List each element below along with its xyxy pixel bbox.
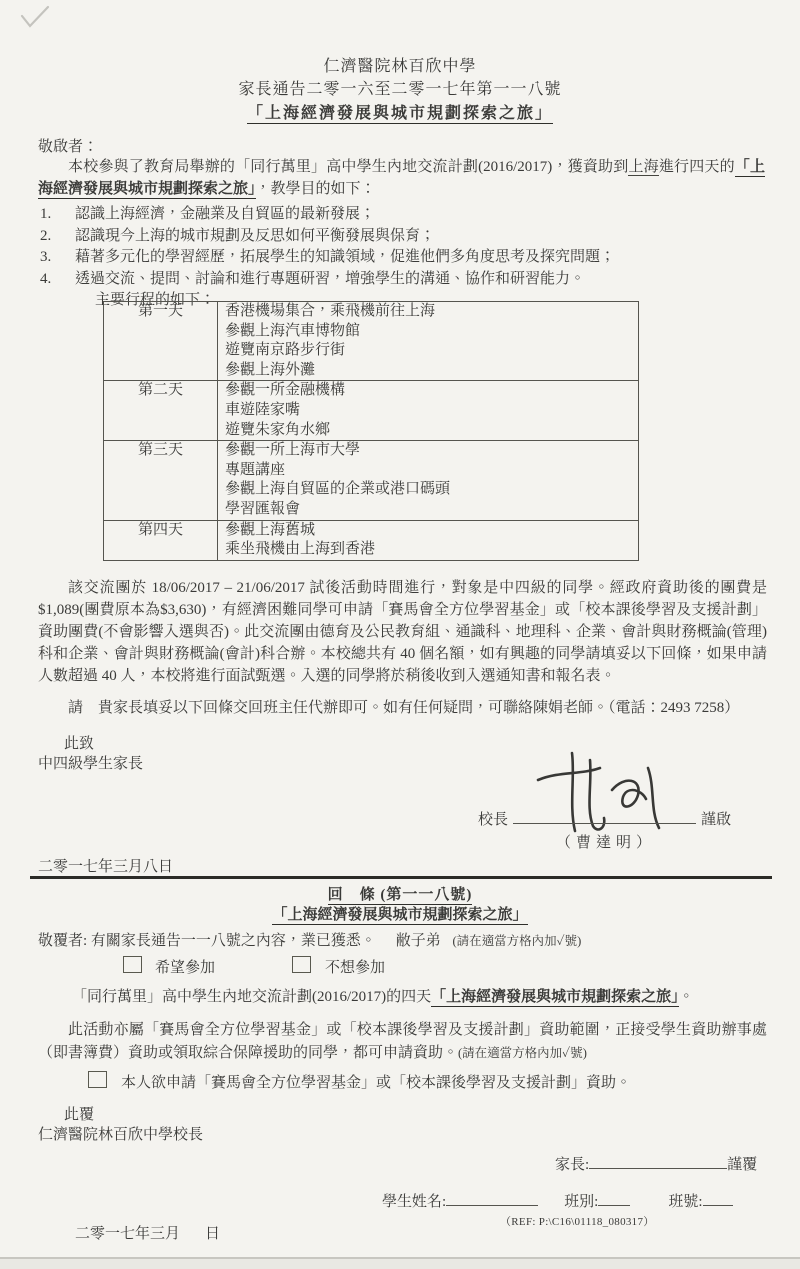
notice-date: 二零一七年三月八日 [38,855,173,876]
itinerary-activity: 遊覽朱家角水鄉 [225,421,638,441]
class-no-label: 班號: [668,1190,702,1211]
class-label: 班別: [564,1190,598,1211]
itinerary-activity: 香港機場集合，乘飛機前往上海 [225,302,638,322]
program-post: 。 [679,989,694,1005]
objective-number: 1. [40,204,75,226]
parent-sign-row: 家長: 謹覆 [555,1153,757,1174]
scanned-notice-page: 仁濟醫院林百欣中學 家長通告二零一六至二零一七年第一一八號 「上海經濟發展與城市… [0,0,800,1269]
reply-school-principal: 仁濟醫院林百欣中學校長 [38,1123,203,1144]
itinerary-day: 第四天 [104,520,218,560]
decline-checkbox[interactable] [292,956,311,973]
program-pre: 「同行萬里」高中學生內地交流計劃(2016/2017)的四天 [72,989,431,1005]
itinerary-row: 第四天 參觀上海舊城 乘坐飛機由上海到香港 [104,520,639,560]
itinerary-row: 第一天 香港機場集合，乘飛機前往上海 參觀上海汽車博物館 遊覽南京路步行街 參觀… [104,302,639,381]
salutation: 敬啟者： [38,135,98,156]
program-trip-title: 「上海經濟發展與城市規劃探索之旅」 [431,989,679,1007]
reply-date-day: 日 [205,1226,220,1242]
itinerary-activity: 參觀上海舊城 [225,521,638,541]
itinerary-activity: 專題講座 [225,461,638,481]
details-paragraph: 該交流團於 18/06/2017 – 21/06/2017 試後活動時間進行，對… [38,577,767,687]
objective-text: 藉著多元化的學習經歷，拓展學生的知識領域，促進他們多角度思考及探究問題； [75,247,764,269]
program-line: 「同行萬里」高中學生內地交流計劃(2016/2017)的四天「上海經濟發展與城市… [72,985,694,1006]
student-info-row: 學生姓名: 班別: 班號: [382,1190,733,1211]
itinerary-row: 第三天 參觀一所上海市大學 專題講座 參觀上海自貿區的企業或港口碼頭 學習匯報會 [104,441,639,520]
reply-ack-hint: (請在適當方格內加✓號) [452,934,581,948]
intro-shanghai: 上海 [628,159,658,176]
school-name: 仁濟醫院林百欣中學 [0,55,800,78]
itinerary-activity: 車遊陸家嘴 [225,401,638,421]
subsidy-hint: (請在適當方格內加✓號) [458,1046,587,1060]
itinerary-activity: 學習匯報會 [225,500,638,520]
itinerary-activity: 乘坐飛機由上海到香港 [225,540,638,560]
principal-signature-line[interactable] [513,808,696,824]
itinerary-activity: 參觀上海汽車博物館 [225,322,638,342]
objective-text: 認識上海經濟，金融業及自貿區的最新發展； [75,204,764,226]
principal-label: 校長 [478,808,508,829]
reply-title-row: 回 條 (第一一八號) [0,883,800,904]
reply-ack-text: 有關家長通告一一八號之內容，業已獲悉。 [91,933,376,949]
trip-title: 「上海經濟發展與城市規劃探索之旅」 [247,105,553,124]
itinerary-activity: 參觀一所金融機構 [225,381,638,401]
reply-date-month: 二零一七年三月 [75,1226,180,1242]
notice-number-line: 家長通告二零一六至二零一七年第一一八號 [0,78,800,101]
notice-header: 仁濟醫院林百欣中學 家長通告二零一六至二零一七年第一一八號 「上海經濟發展與城市… [0,55,800,125]
itinerary-row: 第二天 參觀一所金融機構 車遊陸家嘴 遊覽朱家角水鄉 [104,381,639,441]
reply-ack-label: 敬覆者: [38,933,87,949]
principal-sign-line: 校長 謹啟 [478,808,731,829]
itinerary-day: 第二天 [104,381,218,441]
objective-text: 認識現今上海的城市規劃及反思如何平衡發展與保育； [75,226,764,248]
objective-number: 3. [40,247,75,269]
decline-label: 不想參加 [325,956,385,977]
reply-trip-row: 「上海經濟發展與城市規劃探索之旅」 [0,903,800,924]
reply-ack-child: 敝子弟 [396,933,441,949]
cifu: 此覆 [64,1103,94,1124]
student-name-line[interactable] [446,1190,538,1206]
itinerary-activity: 遊覽南京路步行街 [225,341,638,361]
request-paragraph: 請 貴家長填妥以下回條交回班主任代辦即可。如有任何疑問，可聯絡陳娟老師。（電話：… [38,698,767,719]
itinerary-table: 第一天 香港機場集合，乘飛機前往上海 參觀上海汽車博物館 遊覽南京路步行街 參觀… [103,301,639,561]
itinerary-activity: 參觀上海外灘 [225,361,638,381]
itinerary-day: 第三天 [104,441,218,520]
principal-name: （曹達明） [556,831,656,852]
objective-item: 1.認識上海經濟，金融業及自貿區的最新發展； [40,204,764,226]
parent-label: 家長: [555,1153,589,1174]
objective-item: 2.認識現今上海的城市規劃及反思如何平衡發展與保育； [40,226,764,248]
student-name-label: 學生姓名: [382,1190,446,1211]
objective-number: 2. [40,226,75,248]
recipient: 中四級學生家長 [38,752,143,773]
intro-pre: 本校參與了教育局舉辦的「同行萬里」高中學生內地交流計劃(2016/2017)，獲… [68,159,628,175]
objectives-list: 1.認識上海經濟，金融業及自貿區的最新發展； 2.認識現今上海的城市規劃及反思如… [40,204,764,290]
intro-mid: 進行四天的 [659,159,735,175]
intro-paragraph: 本校參與了教育局舉辦的「同行萬里」高中學生內地交流計劃(2016/2017)，獲… [38,157,765,200]
join-checkbox[interactable] [123,956,142,973]
reply-trip-title: 「上海經濟發展與城市規劃探索之旅」 [272,907,527,925]
jin-fu: 謹覆 [727,1153,757,1174]
objective-number: 4. [40,269,75,291]
reply-date-row: 二零一七年三月日 [75,1222,220,1243]
objective-item: 3.藉著多元化的學習經歷，拓展學生的知識領域，促進他們多角度思考及探究問題； [40,247,764,269]
parent-signature-line[interactable] [589,1153,727,1169]
apply-subsidy-label: 本人欲申請「賽馬會全方位學習基金」或「校本課後學習及支援計劃」資助。 [121,1071,631,1092]
section-divider [30,876,772,879]
itinerary-activity: 參觀一所上海市大學 [225,441,638,461]
itinerary-activity: 參觀上海自貿區的企業或港口碼頭 [225,480,638,500]
ref-number: （REF: P:\C16\01118_080317） [500,1213,655,1229]
subsidy-text: 此活動亦屬「賽馬會全方位學習基金」或「校本課後學習及支援計劃」資助範圍，正接受學… [38,1022,767,1061]
class-line[interactable] [598,1190,630,1206]
scan-edge [0,1257,800,1269]
join-label: 希望參加 [155,956,215,977]
class-no-line[interactable] [703,1190,733,1206]
intro-post: ，教學目的如下： [256,181,376,197]
cizhi: 此致 [64,732,94,753]
jin-qi: 謹啟 [701,808,731,829]
itinerary-day: 第一天 [104,302,218,381]
pencil-check-mark [18,4,52,30]
subsidy-paragraph: 此活動亦屬「賽馬會全方位學習基金」或「校本課後學習及支援計劃」資助範圍，正接受學… [38,1019,767,1064]
reply-ack-line: 敬覆者: 有關家長通告一一八號之內容，業已獲悉。 敝子弟 (請在適當方格內加✓號… [38,929,581,950]
apply-subsidy-checkbox[interactable] [88,1071,107,1088]
